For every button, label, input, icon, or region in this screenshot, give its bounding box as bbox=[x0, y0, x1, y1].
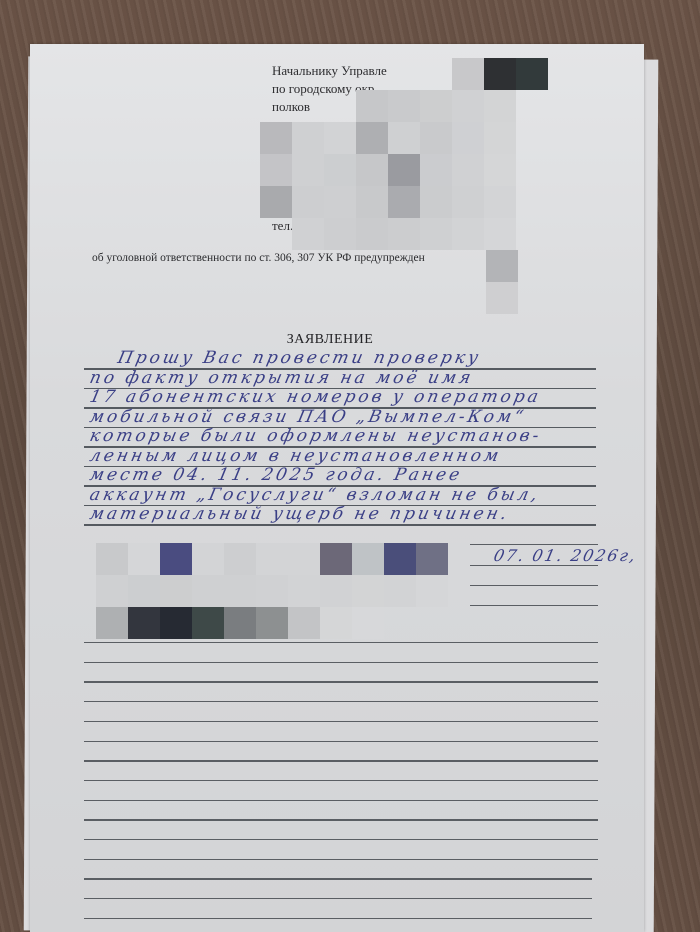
signature-line bbox=[470, 585, 598, 586]
redaction-pixel bbox=[292, 122, 324, 154]
redaction-pixel bbox=[416, 543, 448, 575]
redaction-pixel bbox=[256, 575, 288, 607]
redaction-pixel bbox=[484, 186, 516, 218]
redaction-pixel bbox=[160, 575, 192, 607]
redaction-pixel bbox=[128, 543, 160, 575]
redaction-pixel bbox=[416, 575, 448, 607]
blank-ruled-line bbox=[84, 859, 598, 860]
redaction-pixel bbox=[160, 607, 192, 639]
redaction-pixel bbox=[420, 186, 452, 218]
redaction-pixel bbox=[224, 607, 256, 639]
blank-ruled-line bbox=[84, 662, 598, 663]
handwritten-line: материальный ущерб не причинен. bbox=[88, 504, 602, 524]
redaction-pixel bbox=[356, 186, 388, 218]
redaction-pixel bbox=[484, 90, 516, 122]
redaction-pixel bbox=[292, 218, 324, 250]
redaction-pixel bbox=[486, 250, 518, 282]
redaction-pixel bbox=[388, 186, 420, 218]
redaction-pixel bbox=[260, 154, 292, 186]
statement-date: 07. 01. 2026г, bbox=[492, 546, 639, 565]
handwritten-line: мобильной связи ПАО „Вымпел-Ком“ bbox=[88, 407, 602, 427]
redaction-pixel bbox=[256, 607, 288, 639]
redaction-pixel bbox=[484, 58, 516, 90]
redaction-pixel bbox=[388, 218, 420, 250]
blank-ruled-line bbox=[84, 681, 598, 682]
handwritten-line: Прошу Вас провести проверку bbox=[116, 348, 630, 368]
redaction-pixel bbox=[452, 58, 484, 90]
handwritten-line: 17 абонентских номеров у оператора bbox=[88, 387, 602, 407]
redaction-pixel bbox=[516, 58, 548, 90]
redaction-pixel bbox=[320, 543, 352, 575]
redaction-pixel bbox=[128, 607, 160, 639]
redaction-pixel bbox=[96, 543, 128, 575]
redaction-pixel bbox=[260, 186, 292, 218]
redaction-pixel bbox=[388, 90, 420, 122]
redaction-pixel bbox=[192, 543, 224, 575]
redaction-pixel bbox=[388, 122, 420, 154]
redaction-pixel bbox=[384, 543, 416, 575]
blank-ruled-line bbox=[84, 898, 592, 899]
redaction-pixel bbox=[288, 543, 320, 575]
blank-ruled-line bbox=[84, 878, 592, 879]
blank-ruled-line bbox=[84, 780, 598, 781]
blank-ruled-line bbox=[84, 760, 598, 761]
redaction-pixel bbox=[160, 543, 192, 575]
redaction-pixel bbox=[388, 154, 420, 186]
redaction-pixel bbox=[448, 543, 480, 575]
ruled-line bbox=[84, 524, 596, 526]
redaction-pixel bbox=[352, 543, 384, 575]
redaction-pixel bbox=[384, 575, 416, 607]
redaction-pixel bbox=[292, 154, 324, 186]
redaction-pixel bbox=[260, 122, 292, 154]
redaction-pixel bbox=[324, 218, 356, 250]
blank-ruled-line bbox=[84, 800, 598, 801]
redaction-pixel bbox=[484, 218, 516, 250]
redaction-pixel bbox=[420, 122, 452, 154]
signature-line bbox=[470, 605, 598, 606]
redaction-pixel bbox=[96, 607, 128, 639]
blank-ruled-line bbox=[84, 741, 598, 742]
redaction-pixel bbox=[420, 154, 452, 186]
phone-label: тел. bbox=[272, 218, 293, 234]
blank-ruled-line bbox=[84, 721, 598, 722]
redaction-pixel bbox=[484, 154, 516, 186]
redaction-pixel bbox=[452, 90, 484, 122]
redaction-pixel bbox=[324, 186, 356, 218]
redaction-pixel bbox=[452, 122, 484, 154]
signature-line bbox=[470, 565, 598, 566]
redaction-pixel bbox=[486, 282, 518, 314]
redaction-pixel bbox=[352, 575, 384, 607]
redaction-pixel bbox=[192, 607, 224, 639]
document-title: ЗАЯВЛЕНИЕ bbox=[0, 332, 680, 348]
handwritten-line: которые были оформлены неустанов- bbox=[88, 426, 602, 446]
redaction-pixel bbox=[352, 607, 384, 639]
handwritten-line: ленным лицом в неустановленном bbox=[88, 446, 602, 466]
redaction-pixel bbox=[356, 122, 388, 154]
blank-ruled-line bbox=[84, 642, 598, 643]
redaction-pixel bbox=[356, 90, 388, 122]
handwritten-line: по факту открытия на моё имя bbox=[88, 368, 602, 388]
redaction-pixel bbox=[452, 218, 484, 250]
redaction-pixel bbox=[288, 575, 320, 607]
redaction-pixel bbox=[256, 543, 288, 575]
addressee-line: Начальнику Управле bbox=[272, 62, 387, 80]
redaction-pixel bbox=[420, 90, 452, 122]
redaction-pixel bbox=[320, 607, 352, 639]
blank-ruled-line bbox=[84, 819, 598, 820]
redaction-pixel bbox=[320, 575, 352, 607]
redaction-pixel bbox=[452, 186, 484, 218]
perjury-warning: об уголовной ответственности по ст. 306,… bbox=[92, 252, 425, 264]
redaction-pixel bbox=[420, 218, 452, 250]
handwritten-line: месте 04. 11. 2025 года. Ранее bbox=[88, 465, 602, 485]
redaction-pixel bbox=[452, 154, 484, 186]
signature-line bbox=[470, 544, 598, 545]
redaction-pixel bbox=[224, 543, 256, 575]
redaction-pixel bbox=[128, 575, 160, 607]
redaction-pixel bbox=[224, 575, 256, 607]
handwritten-line: аккаунт „Госуслуги“ взломан не был, bbox=[88, 485, 602, 505]
redaction-pixel bbox=[324, 154, 356, 186]
redaction-pixel bbox=[292, 186, 324, 218]
redaction-pixel bbox=[96, 575, 128, 607]
redaction-pixel bbox=[288, 607, 320, 639]
redaction-pixel bbox=[484, 122, 516, 154]
redaction-pixel bbox=[356, 218, 388, 250]
blank-ruled-line bbox=[84, 839, 598, 840]
blank-ruled-line bbox=[84, 918, 592, 919]
redaction-pixel bbox=[324, 122, 356, 154]
blank-ruled-line bbox=[84, 701, 598, 702]
redaction-pixel bbox=[356, 154, 388, 186]
redaction-pixel bbox=[192, 575, 224, 607]
